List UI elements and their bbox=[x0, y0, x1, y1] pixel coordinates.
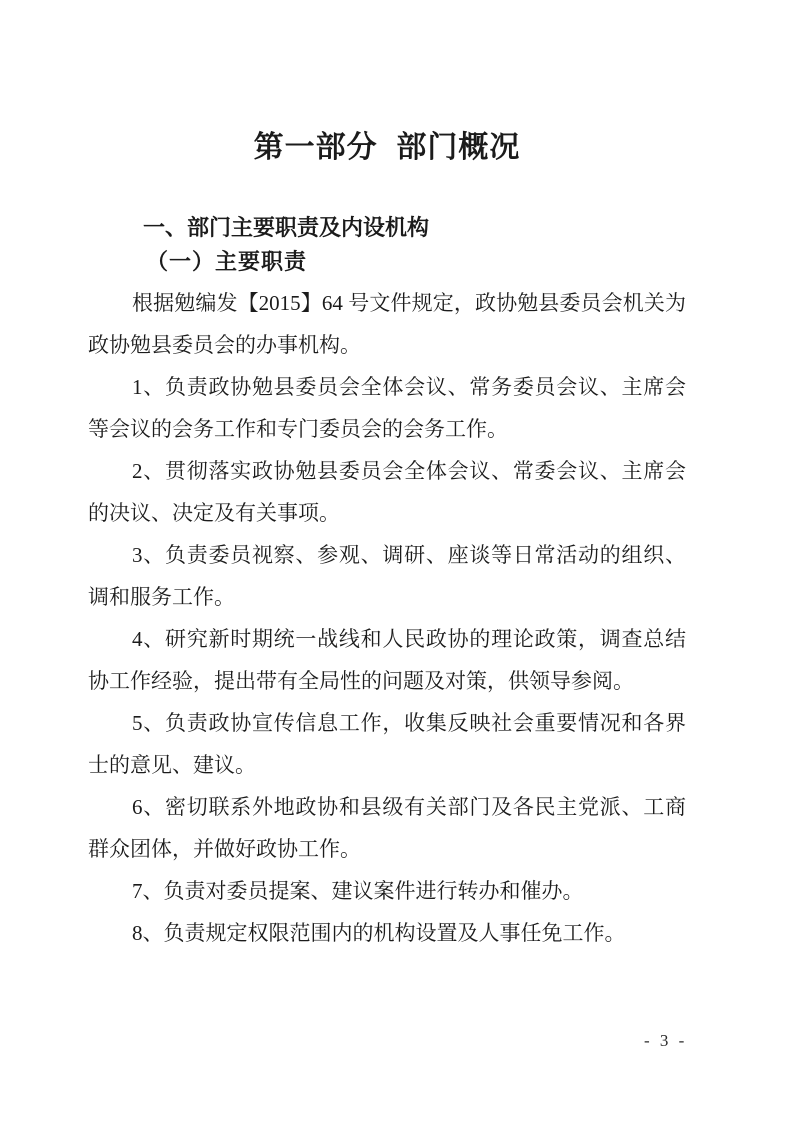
page-content: 第一部分 部门概况 一、部门主要职责及内设机构 （一）主要职责 根据勉编发【20… bbox=[88, 0, 686, 954]
body-line: 政协勉县委员会的办事机构。 bbox=[88, 324, 686, 366]
body-line: 群众团体，并做好政协工作。 bbox=[88, 828, 686, 870]
subsection-heading: （一）主要职责 bbox=[88, 246, 686, 277]
body-line: 2、贯彻落实政协勉县委员会全体会议、常委会议、主席会议 bbox=[88, 450, 686, 492]
body-line: 1、负责政协勉县委员会全体会议、常务委员会议、主席会议 bbox=[88, 366, 686, 408]
body-line: 士的意见、建议。 bbox=[88, 744, 686, 786]
body-line: 协工作经验，提出带有全局性的问题及对策，供领导参阅。 bbox=[88, 660, 686, 702]
body-line: 根据勉编发【2015】64 号文件规定，政协勉县委员会机关为 bbox=[88, 282, 686, 324]
body-line: 4、研究新时期统一战线和人民政协的理论政策，调查总结政 bbox=[88, 618, 686, 660]
body-line: 6、密切联系外地政协和县级有关部门及各民主党派、工商联、 bbox=[88, 786, 686, 828]
body-line: 的决议、决定及有关事项。 bbox=[88, 492, 686, 534]
page-title: 第一部分 部门概况 bbox=[88, 128, 686, 168]
body-line: 调和服务工作。 bbox=[88, 576, 686, 618]
body-line: 等会议的会务工作和专门委员会的会务工作。 bbox=[88, 408, 686, 450]
body-line: 8、负责规定权限范围内的机构设置及人事任免工作。 bbox=[88, 912, 686, 954]
body-line: 3、负责委员视察、参观、调研、座谈等日常活动的组织、协 bbox=[88, 534, 686, 576]
body-line: 7、负责对委员提案、建议案件进行转办和催办。 bbox=[88, 870, 686, 912]
document-page: 第一部分 部门概况 一、部门主要职责及内设机构 （一）主要职责 根据勉编发【20… bbox=[0, 0, 793, 1122]
body-text: 根据勉编发【2015】64 号文件规定，政协勉县委员会机关为 政协勉县委员会的办… bbox=[88, 282, 686, 954]
section-heading: 一、部门主要职责及内设机构 bbox=[88, 212, 686, 243]
page-number: - 3 - bbox=[644, 1031, 687, 1051]
body-line: 5、负责政协宣传信息工作，收集反映社会重要情况和各界人 bbox=[88, 702, 686, 744]
